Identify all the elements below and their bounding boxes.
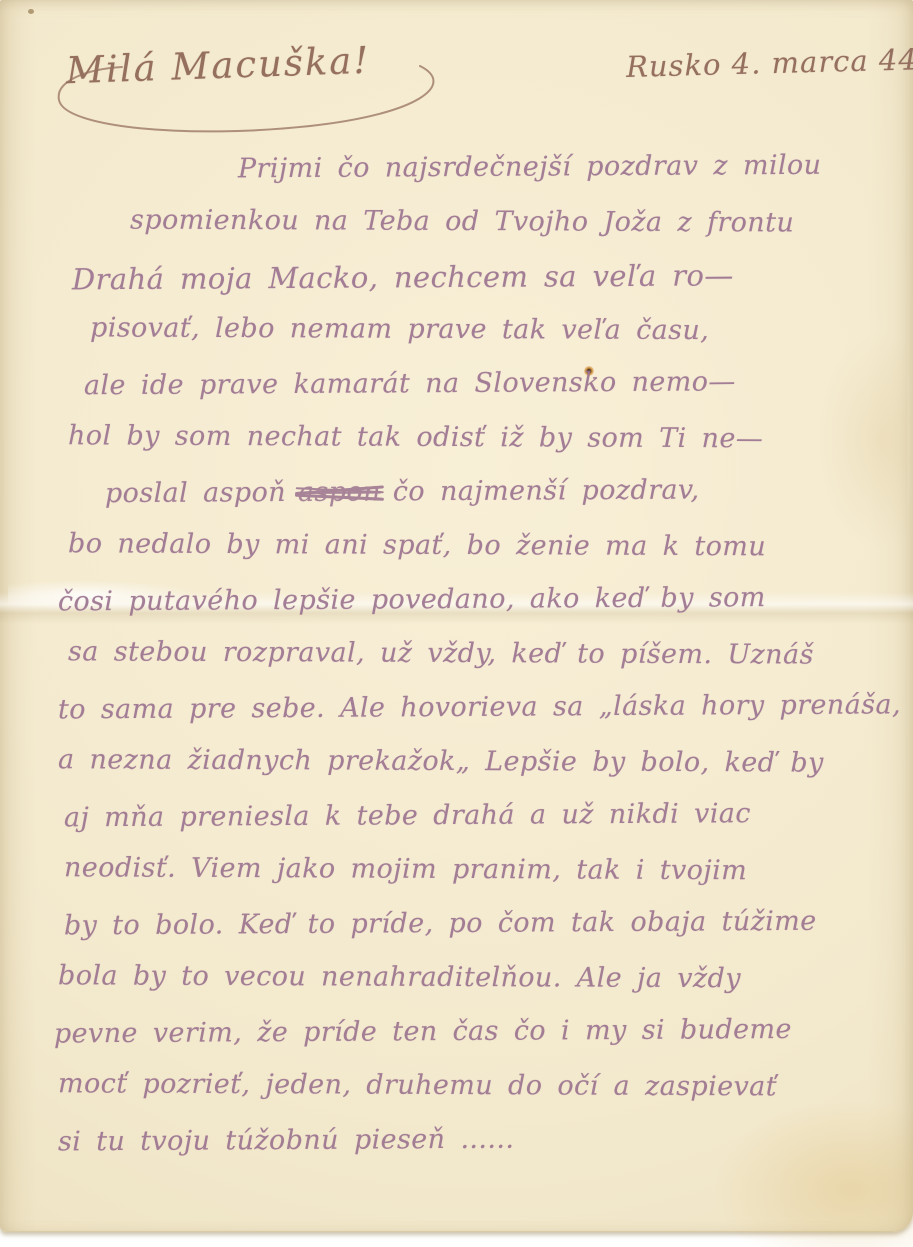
- letter-line: sa stebou rozpraval, už vždy, keď to píš…: [0, 636, 913, 694]
- struck-word: aspon: [298, 476, 381, 508]
- letter-line-text: čo najmenší pozdrav,: [393, 475, 700, 508]
- letter-line: neodisť. Viem jako mojim pranim, tak i t…: [0, 852, 913, 910]
- letter-line: by to bolo. Keď to príde, po čom tak oba…: [0, 905, 913, 965]
- letter-line: bo nedalo by mi ani spať, bo ženie ma k …: [0, 528, 913, 586]
- letter-paper: Milá Macuška! Rusko 4. marca 44. Prijmi …: [0, 0, 913, 1232]
- letter-line: ale ide prave kamarát na Slovensko nemo—: [0, 365, 913, 425]
- paper-speck: [28, 9, 34, 14]
- letter-line: čosi putavého lepšie povedano, ako keď b…: [0, 581, 913, 641]
- letter-line: hol by som nechat tak odisť iž by som Ti…: [0, 420, 913, 478]
- letter-line: spomienkou na Teba od Tvojho Joža z fron…: [0, 204, 913, 262]
- dateline: Rusko 4. marca 44.: [626, 42, 913, 84]
- letter-line: poslal aspoňaspončo najmenší pozdrav,: [0, 473, 913, 533]
- letter-line: bola by to vecou nenahraditelňou. Ale ja…: [0, 960, 913, 1018]
- letter-line: to sama pre sebe. Ale hovorieva sa „lásk…: [0, 689, 913, 749]
- letter-line: pevne verim, že príde ten čas čo i my si…: [0, 1013, 913, 1073]
- letter-line: mocť pozrieť, jeden, druhemu do očí a za…: [0, 1068, 913, 1126]
- letter-line: pisovať, lebo nemam prave tak veľa času,: [0, 312, 913, 370]
- letter-line: Prijmi čo najsrdečnejší pozdrav z milou: [0, 149, 913, 209]
- letter-line: si tu tvoju túžobnú pieseň ......: [0, 1121, 913, 1181]
- letter-line: aj mňa preniesla k tebe drahá a už nikdi…: [0, 797, 913, 857]
- letter-line-text: poslal aspoň: [105, 477, 286, 509]
- letter-body: Prijmi čo najsrdečnejší pozdrav z milou …: [0, 152, 913, 1178]
- letter-line: Drahá moja Macko, nechcem sa veľa ro—: [0, 257, 913, 317]
- scanned-letter-page: Milá Macuška! Rusko 4. marca 44. Prijmi …: [0, 0, 913, 1247]
- letter-line: a nezna žiadnych prekažok„ Lepšie by bol…: [0, 744, 913, 802]
